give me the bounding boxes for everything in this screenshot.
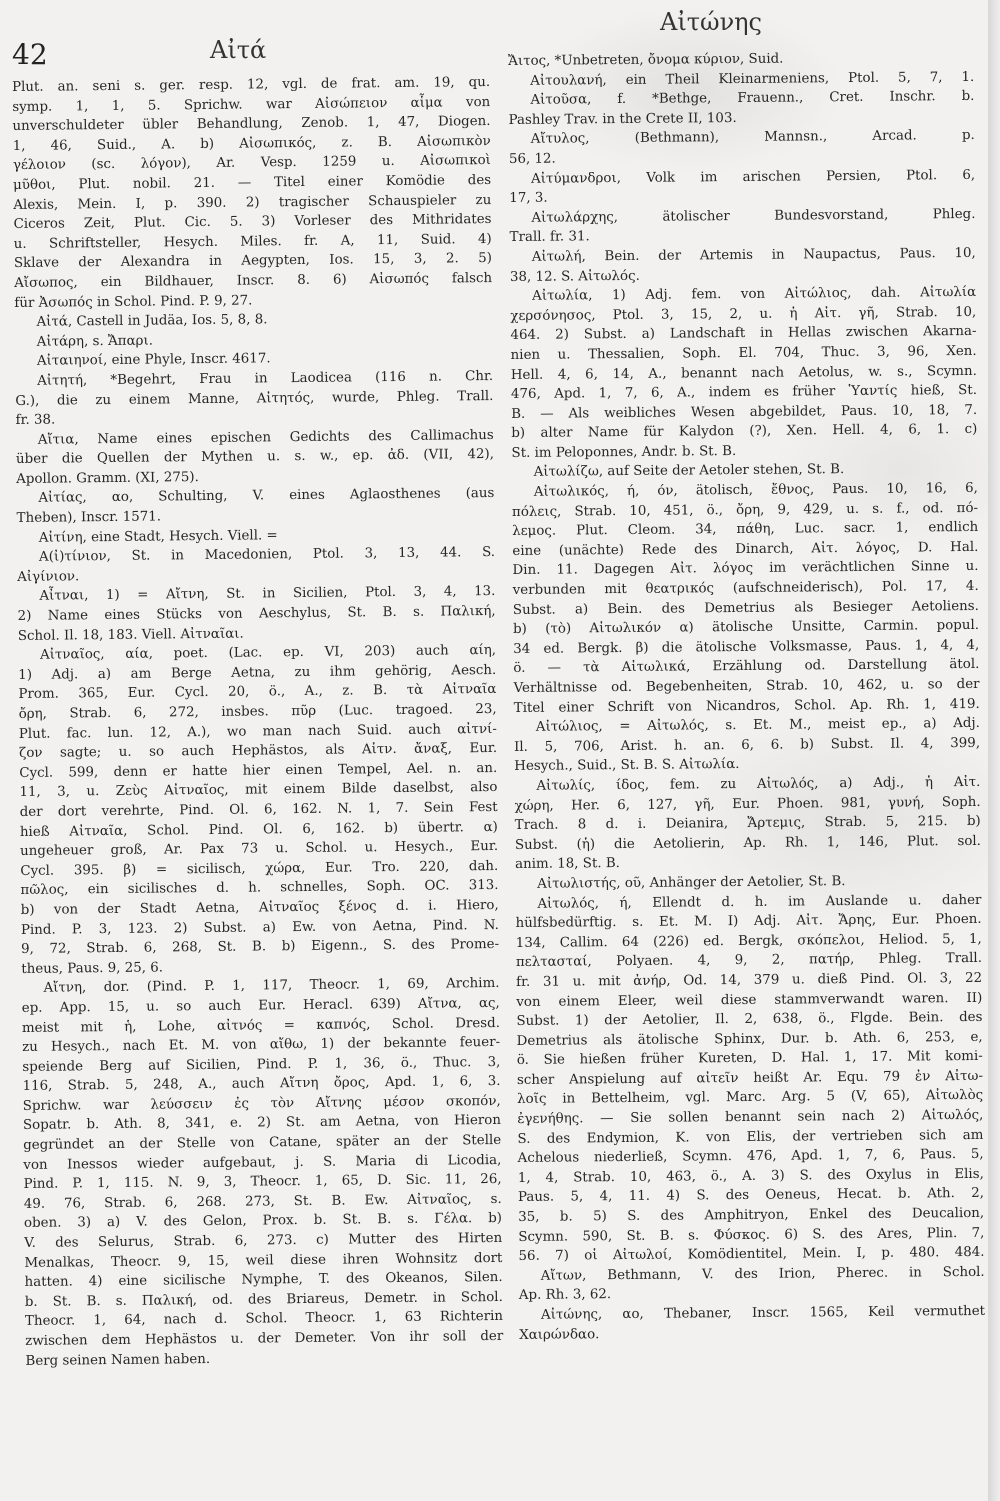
page-number: 42 <box>12 38 48 71</box>
text-line: Χαιρώνδαο. <box>519 1321 985 1345</box>
dictionary-page: 42 Αἰτά Αἰτώνης Plut. an. seni s. ger. r… <box>0 0 1000 1501</box>
running-head-right: Αἰτώνης <box>660 8 762 36</box>
text-line: Berg seinen Namen haben. <box>25 1347 503 1372</box>
text-line: b) alter Name für Kalydon (?), Xen. Hell… <box>511 420 977 444</box>
right-column: Ἄιτος, *Unbetreten, ὄνομα κύριον, Suid.Α… <box>508 48 985 1345</box>
page-edge-shadow <box>988 0 1000 1501</box>
text-line: Αἰτοῦσα, f. *Bethge, Frauenn., Cret. Ins… <box>508 87 974 111</box>
text-line: Αἰτώνης, αο, Thebaner, Inscr. 1565, Keil… <box>519 1302 985 1326</box>
text-line: Αἰτωλή, Bein. der Artemis in Naupactus, … <box>510 244 976 268</box>
text-line: Αἴτυλος, (Bethmann), Mannsn., Arcad. p. <box>509 126 975 150</box>
running-head-left: Αἰτά <box>210 36 266 64</box>
left-column: Plut. an. seni s. ger. resp. 12, vgl. de… <box>12 73 504 1371</box>
